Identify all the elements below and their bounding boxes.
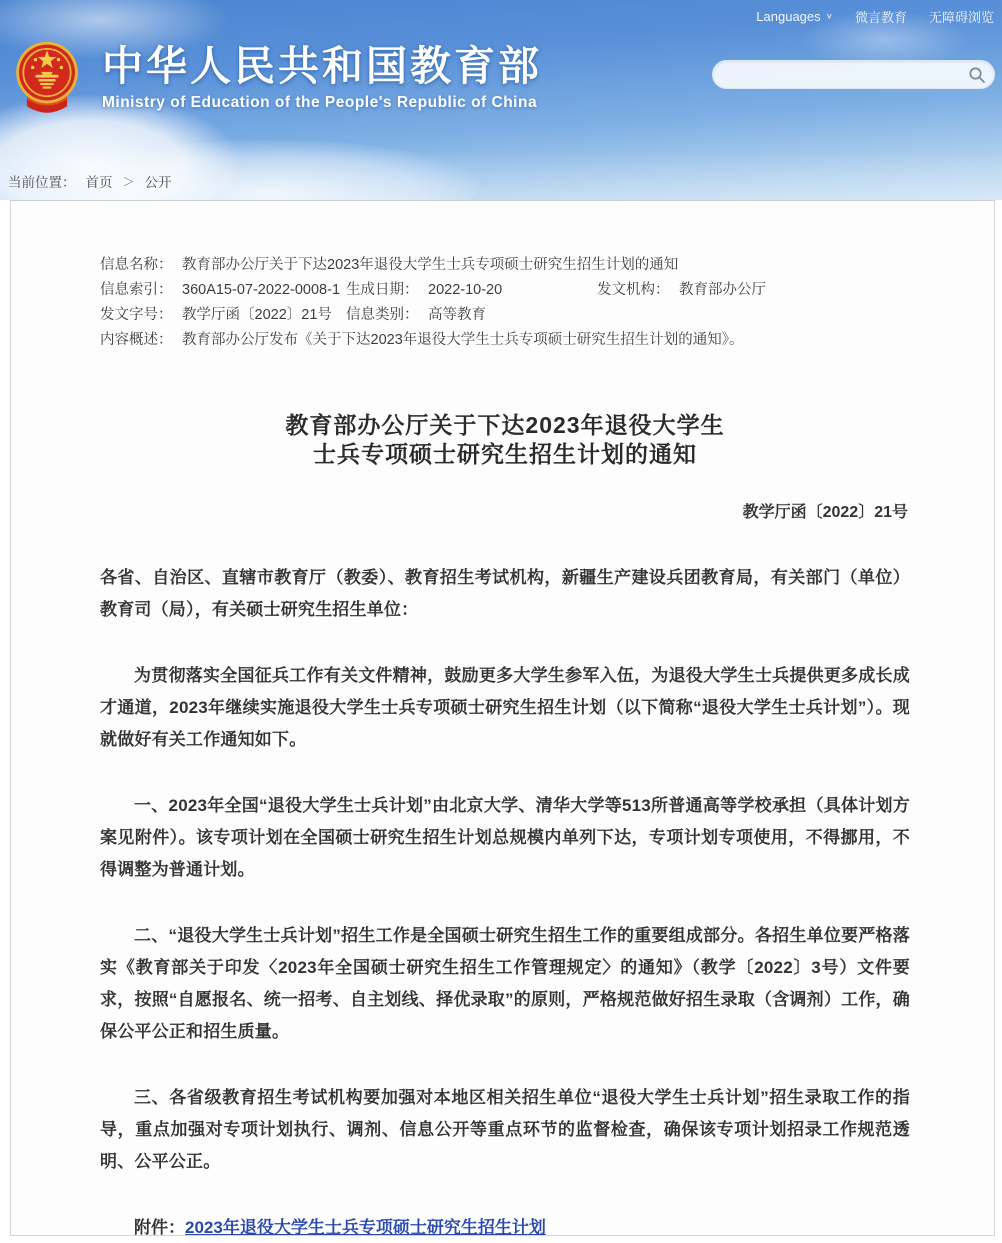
brand-text: 中华人民共和国教育部 Ministry of Education of the …	[102, 40, 542, 112]
meta-date-label: 生成日期：	[346, 278, 428, 303]
site-subtitle: Ministry of Education of the People's Re…	[102, 94, 542, 112]
site-header: Languages ∨ 微言教育 无障碍浏览	[0, 0, 1002, 200]
document-number: 教学厅函〔2022〕21号	[100, 499, 910, 522]
breadcrumb-separator-icon: ＞	[123, 173, 135, 190]
topbar: Languages ∨ 微言教育 无障碍浏览	[756, 7, 994, 26]
breadcrumb-label: 当前位置：	[8, 171, 76, 191]
document-title: 教育部办公厅关于下达2023年退役大学生 士兵专项硕士研究生招生计划的通知	[100, 411, 910, 469]
meta-index-value: 360A15-07-2022-0008-1	[182, 278, 346, 303]
meta-name-label: 信息名称：	[100, 253, 182, 278]
site-title: 中华人民共和国教育部	[102, 44, 542, 88]
meta-date-value: 2022-10-20	[428, 278, 597, 303]
site-brand: 中华人民共和国教育部 Ministry of Education of the …	[14, 40, 542, 118]
document-title-line2: 士兵专项硕士研究生招生计划的通知	[313, 441, 697, 467]
meta-category-label: 信息类别：	[346, 303, 428, 328]
meta-docnum-label: 发文字号：	[100, 303, 182, 328]
attachment-line: 附件：2023年退役大学生士兵专项硕士研究生招生计划	[100, 1212, 910, 1243]
salutation-paragraph: 各省、自治区、直辖市教育厅（教委）、教育招生考试机构，新疆生产建设兵团教育局，有…	[100, 562, 910, 626]
meta-docnum-value: 教学厅函〔2022〕21号	[182, 303, 346, 328]
meta-name-value: 教育部办公厅关于下达2023年退役大学生士兵专项硕士研究生招生计划的通知	[182, 253, 910, 278]
document-title-line1: 教育部办公厅关于下达2023年退役大学生	[285, 412, 724, 438]
meta-agency-label: 发文机构：	[597, 278, 679, 303]
weiyan-label: 微言教育	[855, 7, 907, 26]
search-button[interactable]	[960, 61, 994, 88]
breadcrumb-current-link[interactable]: 公开	[145, 171, 172, 191]
item-1-paragraph: 一、2023年全国“退役大学生士兵计划”由北京大学、清华大学等513所普通高等学…	[100, 790, 910, 886]
accessibility-label: 无障碍浏览	[929, 7, 994, 26]
breadcrumb-home-link[interactable]: 首页	[86, 171, 113, 191]
item-2-paragraph: 二、“退役大学生士兵计划”招生工作是全国硕士研究生招生工作的重要组成部分。各招生…	[100, 920, 910, 1048]
breadcrumb: 当前位置： 首页 ＞ 公开	[8, 171, 172, 191]
meta-agency-value: 教育部办公厅	[679, 278, 910, 303]
meta-index-label: 信息索引：	[100, 278, 182, 303]
search-box	[712, 60, 995, 89]
national-emblem	[14, 40, 80, 118]
weiyan-education-link[interactable]: 微言教育	[855, 7, 907, 26]
attachment-label: 附件：	[134, 1218, 185, 1237]
accessibility-link[interactable]: 无障碍浏览	[929, 7, 994, 26]
meta-summary-label: 内容概述：	[100, 328, 182, 353]
languages-label: Languages	[756, 9, 820, 24]
chevron-down-icon: ∨	[826, 12, 833, 21]
meta-category-value: 高等教育	[428, 303, 910, 328]
cloud-decoration	[60, 140, 480, 200]
search-input[interactable]	[713, 61, 960, 88]
intro-paragraph: 为贯彻落实全国征兵工作有关文件精神，鼓励更多大学生参军入伍，为退役大学生士兵提供…	[100, 660, 910, 756]
document-body: 各省、自治区、直辖市教育厅（教委）、教育招生考试机构，新疆生产建设兵团教育局，有…	[100, 562, 910, 1243]
meta-summary-value: 教育部办公厅发布《关于下达2023年退役大学生士兵专项硕士研究生招生计划的通知》…	[182, 328, 910, 353]
document-meta-table: 信息名称： 教育部办公厅关于下达2023年退役大学生士兵专项硕士研究生招生计划的…	[100, 253, 910, 353]
attachment-link[interactable]: 2023年退役大学生士兵专项硕士研究生招生计划	[185, 1218, 546, 1237]
document-panel: 信息名称： 教育部办公厅关于下达2023年退役大学生士兵专项硕士研究生招生计划的…	[10, 200, 995, 1236]
item-3-paragraph: 三、各省级教育招生考试机构要加强对本地区相关招生单位“退役大学生士兵计划”招生录…	[100, 1082, 910, 1178]
languages-dropdown[interactable]: Languages ∨	[756, 9, 833, 24]
search-icon	[968, 66, 986, 84]
